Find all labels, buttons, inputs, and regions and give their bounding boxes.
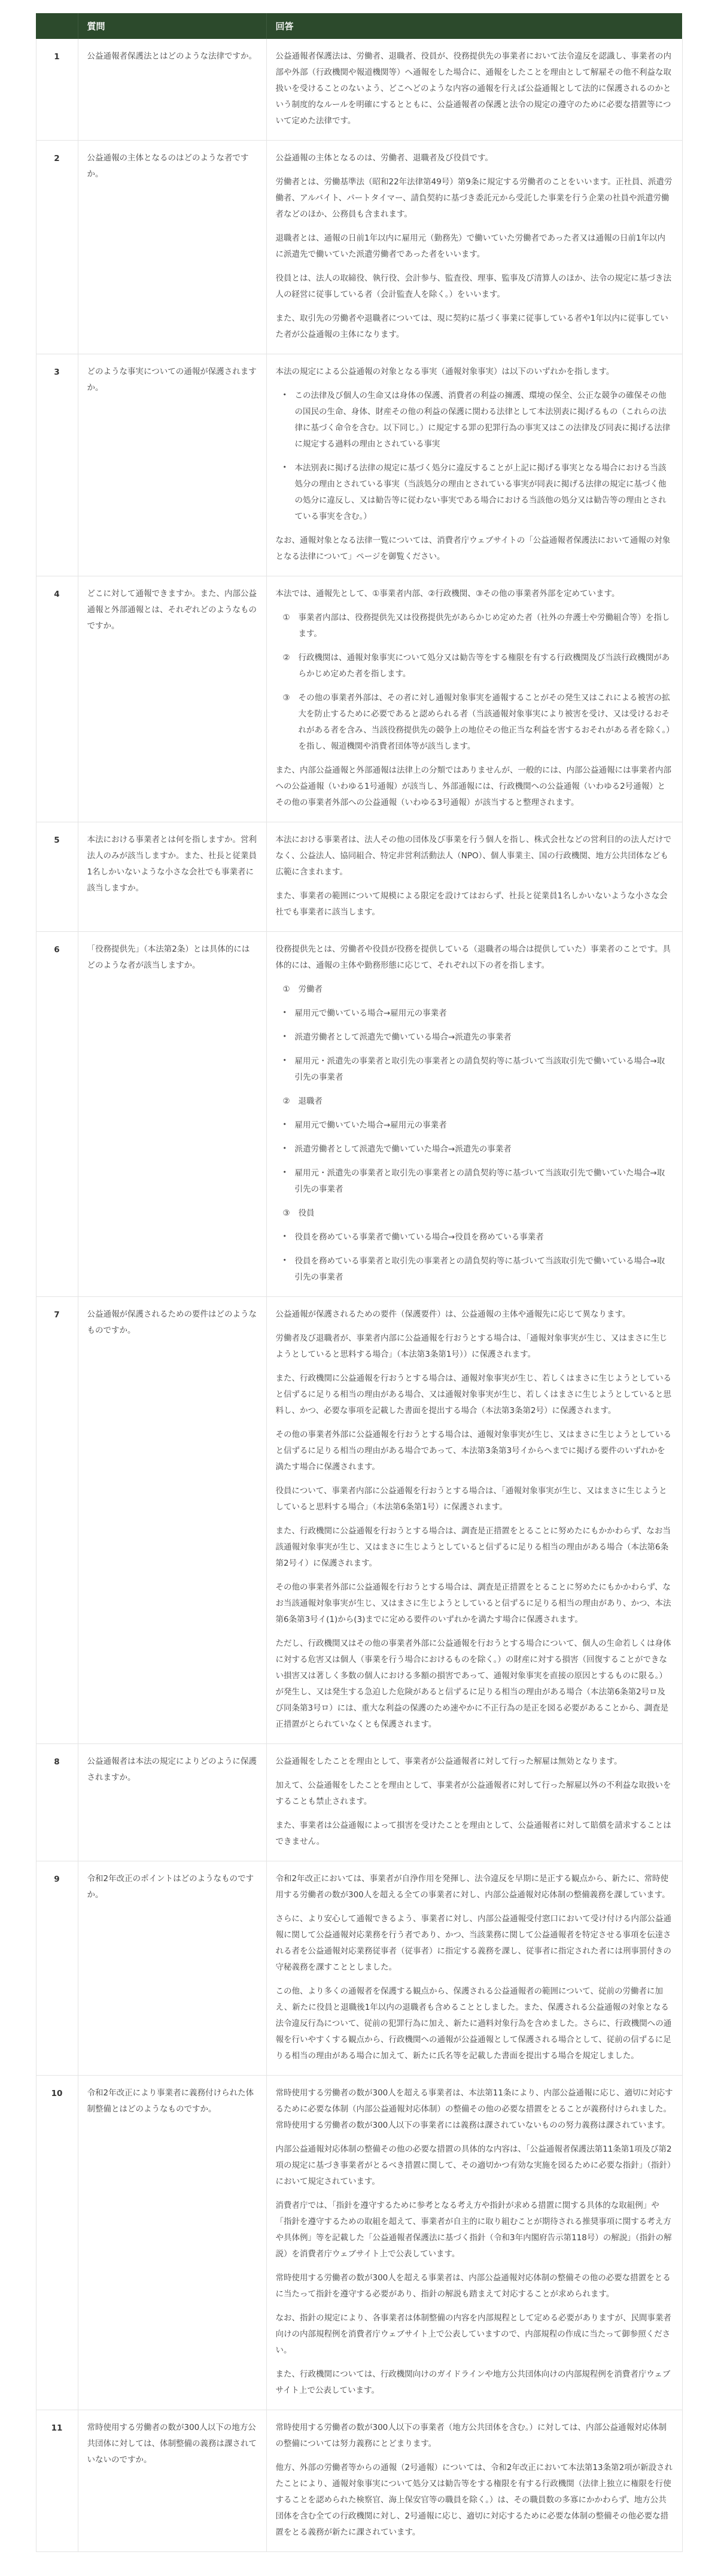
question-text: 公益通報者は本法の規定によりどのように保護されますか。 — [87, 1754, 257, 1786]
answer-bullet-item: •派遣労働者として派遣先で働いている場合→派遣先の事業者 — [276, 1029, 673, 1046]
answer-paragraph: 他方、外部の労働者等からの通報（2号通報）については、令和2年改正において本法第… — [276, 2460, 673, 2541]
bullet-marker: • — [283, 1029, 295, 1046]
answer-paragraph: 退職者とは、通報の日前1年以内に雇用元（勤務先）で働いていた労働者であった者又は… — [276, 230, 673, 263]
answer-bullet-item: •雇用元で働いている場合→雇用元の事業者 — [276, 1006, 673, 1022]
answer-bullet-item: •雇用元で働いていた場合→雇用元の事業者 — [276, 1117, 673, 1134]
row-number: 5 — [36, 822, 78, 932]
answer-bullet-item: •役員を務めている事業者で働いている場合→役員を務めている事業者 — [276, 1229, 673, 1246]
question-text: 公益通報の主体となるのはどのような者ですか。 — [87, 150, 257, 183]
item-text: 役員を務めている事業者と取引先の事業者との請負契約等に基づいて当該取引先で働いて… — [295, 1253, 673, 1286]
question-text: どのような事実についての通報が保護されますか。 — [87, 364, 257, 396]
answer-numbered-item: ②退職者 — [276, 1093, 673, 1110]
answer-bullet-item: •派遣労働者として派遣先で働いていた場合→派遣先の事業者 — [276, 1141, 673, 1158]
faq-row: 5本法における事業者とは何を指しますか。営利法人のみが該当しますか。また、社長と… — [36, 822, 682, 932]
question-text: 公益通報が保護されるための要件はどのようなものですか。 — [87, 1307, 257, 1339]
answer-paragraph: 内部公益通報対応体制の整備その他の必要な措置の具体的な内容は、「公益通報者保護法… — [276, 2141, 673, 2190]
header-question: 質問 — [78, 13, 266, 39]
answer-paragraph: 本法の規定による公益通報の対象となる事実（通報対象事実）は以下のいずれかを指しま… — [276, 364, 673, 380]
answer-paragraph: 役員とは、法人の取締役、執行役、会計参与、監査役、理事、監事及び清算人のほか、法… — [276, 271, 673, 303]
faq-row: 3どのような事実についての通報が保護されますか。本法の規定による公益通報の対象と… — [36, 354, 682, 576]
bullet-marker: • — [283, 1141, 295, 1158]
bullet-marker: • — [283, 1006, 295, 1022]
answer-paragraph: 常時使用する労働者の数が300人以下の事業者（地方公共団体を含む。）に対しては、… — [276, 2420, 673, 2452]
answer-cell: 公益通報をしたことを理由として、事業者が公益通報者に対して行った解雇は無効となり… — [266, 1744, 682, 1861]
answer-paragraph: さらに、より安心して通報できるよう、事業者に対し、内部公益通報受付窓口において受… — [276, 1911, 673, 1976]
row-number: 2 — [36, 141, 78, 354]
faq-row: 7公益通報が保護されるための要件はどのようなものですか。公益通報が保護されるため… — [36, 1297, 682, 1744]
row-number: 8 — [36, 1744, 78, 1861]
answer-paragraph: 令和2年改正においては、事業者が自浄作用を発揮し、法令違反を早期に是正する観点か… — [276, 1871, 673, 1903]
circled-number-marker: ③ — [283, 1205, 299, 1222]
item-text: その他の事業者外部は、その者に対し通報対象事実を通報することがその発生又はこれに… — [299, 690, 673, 755]
answer-bullet-item: •役員を務めている事業者と取引先の事業者との請負契約等に基づいて当該取引先で働い… — [276, 1253, 673, 1286]
question-cell: どのような事実についての通報が保護されますか。 — [78, 354, 266, 576]
answer-cell: 令和2年改正においては、事業者が自浄作用を発揮し、法令違反を早期に是正する観点か… — [266, 1861, 682, 2076]
row-number: 11 — [36, 2410, 78, 2552]
answer-paragraph: 本法では、通報先として、①事業者内部、②行政機関、③その他の事業者外部を定めてい… — [276, 586, 673, 602]
faq-table: 質問 回答 1公益通報者保護法とはどのような法律ですか。公益通報者保護法は、労働… — [36, 13, 683, 2552]
question-cell: 令和2年改正のポイントはどのようなものですか。 — [78, 1861, 266, 2076]
question-cell: 令和2年改正により事業者に義務付けられた体制整備とはどのようなものですか。 — [78, 2076, 266, 2410]
question-text: 「役務提供先」（本法第2条）とは具体的にはどのような者が該当しますか。 — [87, 941, 257, 974]
item-text: 役員 — [299, 1205, 673, 1222]
row-number: 9 — [36, 1861, 78, 2076]
item-text: 雇用元で働いている場合→雇用元の事業者 — [295, 1006, 673, 1022]
circled-number-marker: ② — [283, 1093, 299, 1110]
faq-row: 4どこに対して通報できますか。また、内部公益通報と外部通報とは、それぞれどのよう… — [36, 576, 682, 822]
answer-paragraph: ただし、行政機関又はその他の事業者外部に公益通報を行おうとする場合について、個人… — [276, 1636, 673, 1733]
question-cell: 公益通報者は本法の規定によりどのように保護されますか。 — [78, 1744, 266, 1861]
answer-paragraph: 労働者とは、労働基準法（昭和22年法律第49号）第9条に規定する労働者のことをい… — [276, 174, 673, 223]
answer-paragraph: 役務提供先とは、労働者や役員が役務を提供している（退職者の場合は提供していた）事… — [276, 941, 673, 974]
answer-paragraph: また、事業者は公益通報によって損害を受けたことを理由として、公益通報者に対して賠… — [276, 1818, 673, 1850]
circled-number-marker: ① — [283, 982, 299, 998]
row-number: 1 — [36, 39, 78, 141]
answer-paragraph: 役員について、事業者内部に公益通報を行おうとする場合は、「通報対象事実が生じ、又… — [276, 1483, 673, 1515]
answer-paragraph: 本法における事業者は、法人その他の団体及び事業を行う個人を指し、株式会社などの営… — [276, 832, 673, 880]
answer-paragraph: 公益通報の主体となるのは、労働者、退職者及び役員です。 — [276, 150, 673, 166]
header-answer: 回答 — [266, 13, 682, 39]
answer-paragraph: また、事業者の範囲について規模による限定を設けてはおらず、社長と従業員1名しかい… — [276, 888, 673, 921]
item-text: 退職者 — [299, 1093, 673, 1110]
question-text: 令和2年改正のポイントはどのようなものですか。 — [87, 1871, 257, 1903]
faq-row: 8公益通報者は本法の規定によりどのように保護されますか。公益通報をしたことを理由… — [36, 1744, 682, 1861]
question-text: どこに対して通報できますか。また、内部公益通報と外部通報とは、それぞれどのような… — [87, 586, 257, 634]
faq-row: 10令和2年改正により事業者に義務付けられた体制整備とはどのようなものですか。常… — [36, 2076, 682, 2410]
question-cell: 「役務提供先」（本法第2条）とは具体的にはどのような者が該当しますか。 — [78, 932, 266, 1297]
answer-paragraph: 常時使用する労働者の数が300人を超える事業者は、本法第11条により、内部公益通… — [276, 2085, 673, 2134]
answer-paragraph: また、内部公益通報と外部通報は法律上の分類ではありませんが、一般的には、内部公益… — [276, 763, 673, 811]
faq-row: 2公益通報の主体となるのはどのような者ですか。公益通報の主体となるのは、労働者、… — [36, 141, 682, 354]
answer-paragraph: 公益通報が保護されるための要件（保護要件）は、公益通報の主体や通報先に応じて異な… — [276, 1307, 673, 1323]
row-number: 7 — [36, 1297, 78, 1744]
answer-bullet-item: •本法別表に掲げる法律の規定に基づく処分に違反することが上記に掲げる事実となる場… — [276, 460, 673, 525]
answer-paragraph: この他、より多くの通報者を保護する観点から、保護される公益通報者の範囲について、… — [276, 1983, 673, 2064]
item-text: 役員を務めている事業者で働いている場合→役員を務めている事業者 — [295, 1229, 673, 1246]
item-text: 雇用元で働いていた場合→雇用元の事業者 — [295, 1117, 673, 1134]
row-number: 6 — [36, 932, 78, 1297]
answer-cell: 役務提供先とは、労働者や役員が役務を提供している（退職者の場合は提供していた）事… — [266, 932, 682, 1297]
item-text: この法律及び個人の生命又は身体の保護、消費者の利益の擁護、環境の保全、公正な競争… — [295, 388, 673, 452]
bullet-marker: • — [283, 1053, 295, 1086]
faq-row: 11常時使用する労働者の数が300人以下の地方公共団体に対しては、体制整備の義務… — [36, 2410, 682, 2552]
circled-number-marker: ① — [283, 610, 299, 642]
answer-paragraph: また、行政機関については、行政機関向けのガイドラインや地方公共団体向けの内部規程… — [276, 2367, 673, 2399]
item-text: 本法別表に掲げる法律の規定に基づく処分に違反することが上記に掲げる事実となる場合… — [295, 460, 673, 525]
item-text: 雇用元・派遣先の事業者と取引先の事業者との請負契約等に基づいて当該取引先で働いて… — [295, 1053, 673, 1086]
question-cell: 公益通報者保護法とはどのような法律ですか。 — [78, 39, 266, 141]
question-cell: 本法における事業者とは何を指しますか。営利法人のみが該当しますか。また、社長と従… — [78, 822, 266, 932]
answer-numbered-item: ①労働者 — [276, 982, 673, 998]
header-row: 質問 回答 — [36, 13, 682, 39]
answer-paragraph: 常時使用する労働者の数が300人を超える事業者は、内部公益通報対応体制の整備その… — [276, 2270, 673, 2302]
faq-row: 9令和2年改正のポイントはどのようなものですか。令和2年改正においては、事業者が… — [36, 1861, 682, 2076]
answer-paragraph: また、取引先の労働者や退職者については、現に契約に基づく事業に従事している者や1… — [276, 311, 673, 343]
item-text: 事業者内部は、役務提供先又は役務提供先があらかじめ定めた者（社外の弁護士や労働組… — [299, 610, 673, 642]
answer-bullet-item: •この法律及び個人の生命又は身体の保護、消費者の利益の擁護、環境の保全、公正な競… — [276, 388, 673, 452]
faq-table-header: 質問 回答 — [36, 13, 682, 39]
header-number — [36, 13, 78, 39]
bullet-marker: • — [283, 1117, 295, 1134]
question-cell: どこに対して通報できますか。また、内部公益通報と外部通報とは、それぞれどのような… — [78, 576, 266, 822]
bullet-marker: • — [283, 1165, 295, 1198]
bullet-marker: • — [283, 1229, 295, 1246]
answer-paragraph: 労働者及び退職者が、事業者内部に公益通報を行おうとする場合は、「通報対象事実が生… — [276, 1330, 673, 1363]
question-text: 令和2年改正により事業者に義務付けられた体制整備とはどのようなものですか。 — [87, 2085, 257, 2118]
answer-paragraph: その他の事業者外部に公益通報を行おうとする場合は、調査是正措置をとることに努めた… — [276, 1579, 673, 1628]
answer-bullet-item: •雇用元・派遣先の事業者と取引先の事業者との請負契約等に基づいて当該取引先で働い… — [276, 1165, 673, 1198]
faq-row: 6「役務提供先」（本法第2条）とは具体的にはどのような者が該当しますか。役務提供… — [36, 932, 682, 1297]
question-text: 常時使用する労働者の数が300人以下の地方公共団体に対しては、体制整備の義務は課… — [87, 2420, 257, 2468]
answer-cell: 本法の規定による公益通報の対象となる事実（通報対象事実）は以下のいずれかを指しま… — [266, 354, 682, 576]
answer-bullet-item: •雇用元・派遣先の事業者と取引先の事業者との請負契約等に基づいて当該取引先で働い… — [276, 1053, 673, 1086]
answer-numbered-item: ③役員 — [276, 1205, 673, 1222]
question-cell: 公益通報が保護されるための要件はどのようなものですか。 — [78, 1297, 266, 1744]
row-number: 3 — [36, 354, 78, 576]
faq-table-body: 1公益通報者保護法とはどのような法律ですか。公益通報者保護法は、労働者、退職者、… — [36, 39, 682, 2552]
answer-cell: 常時使用する労働者の数が300人以下の事業者（地方公共団体を含む。）に対しては、… — [266, 2410, 682, 2552]
question-cell: 公益通報の主体となるのはどのような者ですか。 — [78, 141, 266, 354]
bullet-marker: • — [283, 388, 295, 452]
answer-paragraph: また、行政機関に公益通報を行おうとする場合は、調査是正措置をとることに努めたにも… — [276, 1523, 673, 1572]
answer-cell: 公益通報者保護法は、労働者、退職者、役員が、役務提供先の事業者において法令違反を… — [266, 39, 682, 141]
item-text: 雇用元・派遣先の事業者と取引先の事業者との請負契約等に基づいて当該取引先で働いて… — [295, 1165, 673, 1198]
answer-paragraph: なお、指針の規定により、各事業者は体制整備の内容を内部規程として定める必要があり… — [276, 2310, 673, 2359]
item-text: 行政機関は、通報対象事実について処分又は勧告等をする権限を有する行政機関及び当該… — [299, 650, 673, 682]
answer-cell: 本法では、通報先として、①事業者内部、②行政機関、③その他の事業者外部を定めてい… — [266, 576, 682, 822]
row-number: 4 — [36, 576, 78, 822]
question-text: 本法における事業者とは何を指しますか。営利法人のみが該当しますか。また、社長と従… — [87, 832, 257, 897]
row-number: 10 — [36, 2076, 78, 2410]
answer-numbered-item: ②行政機関は、通報対象事実について処分又は勧告等をする権限を有する行政機関及び当… — [276, 650, 673, 682]
answer-numbered-item: ①事業者内部は、役務提供先又は役務提供先があらかじめ定めた者（社外の弁護士や労働… — [276, 610, 673, 642]
answer-paragraph: また、行政機関に公益通報を行おうとする場合は、通報対象事実が生じ、若しくはまさに… — [276, 1371, 673, 1419]
item-text: 労働者 — [299, 982, 673, 998]
question-text: 公益通報者保護法とはどのような法律ですか。 — [87, 48, 257, 65]
answer-cell: 本法における事業者は、法人その他の団体及び事業を行う個人を指し、株式会社などの営… — [266, 822, 682, 932]
answer-paragraph: 消費者庁では、「指針を遵守するために参考となる考え方や指針が求める措置に関する具… — [276, 2198, 673, 2262]
bullet-marker: • — [283, 1253, 295, 1286]
answer-cell: 常時使用する労働者の数が300人を超える事業者は、本法第11条により、内部公益通… — [266, 2076, 682, 2410]
answer-paragraph: 加えて、公益通報をしたことを理由として、事業者が公益通報者に対して行った解雇以外… — [276, 1778, 673, 1810]
item-text: 派遣労働者として派遣先で働いている場合→派遣先の事業者 — [295, 1029, 673, 1046]
circled-number-marker: ② — [283, 650, 299, 682]
answer-cell: 公益通報が保護されるための要件（保護要件）は、公益通報の主体や通報先に応じて異な… — [266, 1297, 682, 1744]
answer-paragraph: 公益通報をしたことを理由として、事業者が公益通報者に対して行った解雇は無効となり… — [276, 1754, 673, 1770]
bullet-marker: • — [283, 460, 295, 525]
answer-paragraph: その他の事業者外部に公益通報を行おうとする場合は、通報対象事実が生じ、又はまさに… — [276, 1427, 673, 1475]
answer-paragraph: 公益通報者保護法は、労働者、退職者、役員が、役務提供先の事業者において法令違反を… — [276, 48, 673, 129]
question-cell: 常時使用する労働者の数が300人以下の地方公共団体に対しては、体制整備の義務は課… — [78, 2410, 266, 2552]
answer-paragraph: なお、通報対象となる法律一覧については、消費者庁ウェブサイトの「公益通報者保護法… — [276, 533, 673, 565]
answer-cell: 公益通報の主体となるのは、労働者、退職者及び役員です。労働者とは、労働基準法（昭… — [266, 141, 682, 354]
circled-number-marker: ③ — [283, 690, 299, 755]
item-text: 派遣労働者として派遣先で働いていた場合→派遣先の事業者 — [295, 1141, 673, 1158]
answer-numbered-item: ③その他の事業者外部は、その者に対し通報対象事実を通報することがその発生又はこれ… — [276, 690, 673, 755]
faq-row: 1公益通報者保護法とはどのような法律ですか。公益通報者保護法は、労働者、退職者、… — [36, 39, 682, 141]
